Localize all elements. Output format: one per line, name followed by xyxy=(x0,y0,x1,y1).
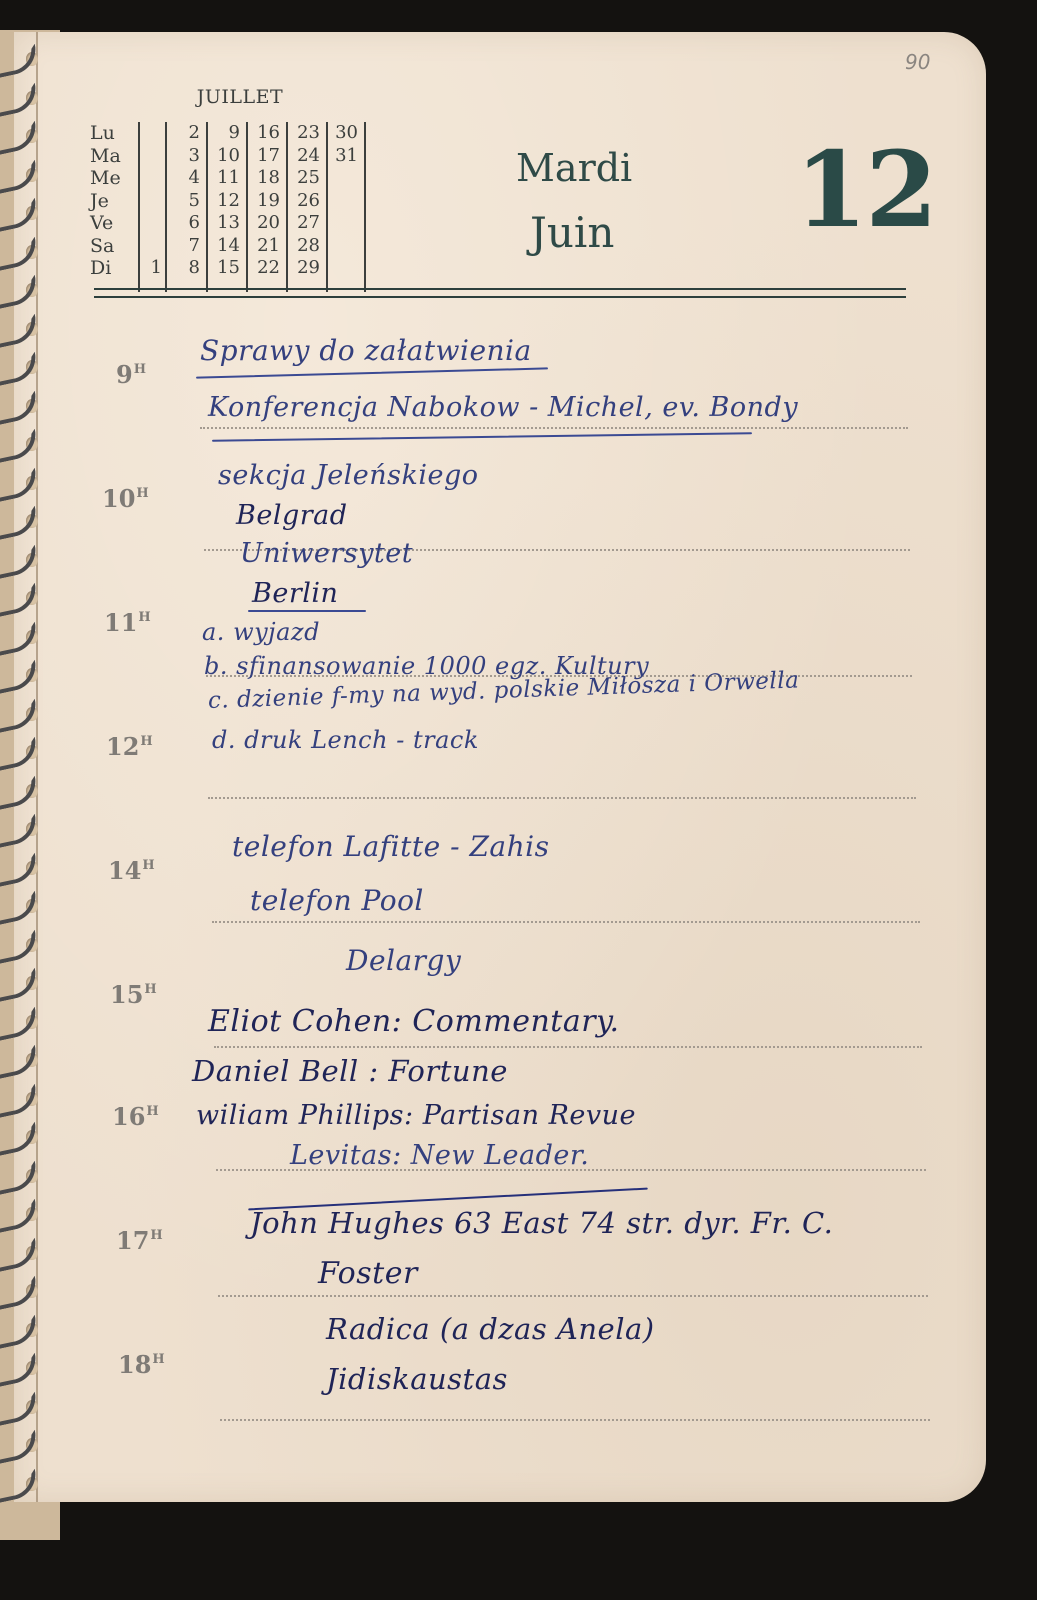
calendar-day: 20 xyxy=(248,212,280,235)
calendar-day: 4 xyxy=(168,167,200,190)
handwritten-note: Levitas: New Leader. xyxy=(290,1140,589,1171)
calendar-day: 12 xyxy=(208,190,240,213)
hour-label-9: 9H xyxy=(116,360,146,389)
calendar-day: 7 xyxy=(168,235,200,258)
hour-label-16: 16H xyxy=(112,1102,159,1131)
hour-label-17: 17H xyxy=(116,1226,163,1255)
calendar-week-col: 30 31 xyxy=(326,122,364,167)
calendar-week-col: 23 24 25 26 27 28 29 xyxy=(288,122,326,280)
hour-label-15: 15H xyxy=(110,980,157,1009)
hour-label-18: 18H xyxy=(118,1350,165,1379)
calendar-day: 6 xyxy=(168,212,200,235)
handwritten-note: telefon Pool xyxy=(250,884,424,917)
handwritten-note: Daniel Bell : Fortune xyxy=(192,1054,508,1088)
calendar-week-col: 9 10 11 12 13 14 15 xyxy=(208,122,246,280)
calendar-day: 16 xyxy=(248,122,280,145)
calendar-day: 19 xyxy=(248,190,280,213)
calendar-day: 14 xyxy=(208,235,240,258)
calendar-day: 23 xyxy=(288,122,320,145)
ruled-line xyxy=(214,1046,922,1048)
spiral-binding xyxy=(0,40,50,1500)
weekday-heading: Mardi xyxy=(516,146,632,190)
handwritten-note: sekcja Jeleńskiego xyxy=(218,460,479,491)
handwritten-note: telefon Lafitte - Zahis xyxy=(232,830,549,863)
ruled-line xyxy=(220,1419,930,1421)
ruled-line xyxy=(212,921,920,923)
month-heading: Juin xyxy=(530,208,614,257)
weekday-label: Sa xyxy=(90,235,121,258)
ruled-line xyxy=(218,1295,928,1297)
handwritten-note: Berlin xyxy=(252,578,338,609)
underline xyxy=(248,610,366,612)
calendar-day: 31 xyxy=(326,145,358,168)
ruled-line xyxy=(208,797,916,799)
handwritten-note: wiliam Phillips: Partisan Revue xyxy=(196,1100,636,1131)
calendar-week-col: 1 xyxy=(130,122,168,280)
handwritten-note: Uniwersytet xyxy=(240,538,413,569)
handwritten-note: Jidiskaustas xyxy=(326,1362,508,1396)
handwritten-note: John Hughes 63 East 74 str. dyr. Fr. C. xyxy=(250,1206,833,1240)
calendar-day: 24 xyxy=(288,145,320,168)
calendar-divider xyxy=(364,122,366,292)
calendar-day: 25 xyxy=(288,167,320,190)
handwritten-note: Sprawy do załatwienia xyxy=(200,334,532,367)
weekday-label: Je xyxy=(90,190,121,213)
handwritten-note: Belgrad xyxy=(236,500,348,531)
weekday-label: Ma xyxy=(90,145,121,168)
calendar-day: 21 xyxy=(248,235,280,258)
folio-number: 90 xyxy=(905,50,930,74)
day-number: 12 xyxy=(795,128,936,251)
ruled-line xyxy=(200,427,908,429)
handwritten-note: Radica (a dzas Anela) xyxy=(326,1312,655,1346)
weekday-label: Di xyxy=(90,257,121,280)
mini-calendar-weekdays: Lu Ma Me Je Ve Sa Di xyxy=(90,122,121,280)
calendar-day: 10 xyxy=(208,145,240,168)
hour-label-10: 10H xyxy=(102,484,149,513)
calendar-day: 5 xyxy=(168,190,200,213)
calendar-day: 3 xyxy=(168,145,200,168)
handwritten-note: a. wyjazd xyxy=(202,618,320,646)
calendar-day: 17 xyxy=(248,145,280,168)
calendar-day: 30 xyxy=(326,122,358,145)
handwritten-note: Eliot Cohen: Commentary. xyxy=(208,1004,620,1039)
handwritten-note: d. druk Lench - track xyxy=(212,726,479,754)
calendar-day: 22 xyxy=(248,257,280,280)
calendar-week-col: 2 3 4 5 6 7 8 xyxy=(168,122,206,280)
calendar-day: 11 xyxy=(208,167,240,190)
calendar-day: 26 xyxy=(288,190,320,213)
calendar-week-col: 16 17 18 19 20 21 22 xyxy=(248,122,286,280)
mini-calendar-month: JUILLET xyxy=(180,86,300,108)
hour-label-14: 14H xyxy=(108,856,155,885)
calendar-day: 27 xyxy=(288,212,320,235)
calendar-day: 8 xyxy=(168,257,200,280)
handwritten-note: Konferencja Nabokow - Michel, ev. Bondy xyxy=(208,392,798,423)
header-rule xyxy=(94,288,906,290)
calendar-day: 29 xyxy=(288,257,320,280)
weekday-label: Ve xyxy=(90,212,121,235)
weekday-label: Lu xyxy=(90,122,121,145)
hour-label-11: 11H xyxy=(104,608,151,637)
weekday-label: Me xyxy=(90,167,121,190)
calendar-day: 13 xyxy=(208,212,240,235)
handwritten-note: Foster xyxy=(318,1256,418,1291)
header-rule xyxy=(94,296,906,298)
calendar-day: 1 xyxy=(130,257,162,280)
calendar-day: 15 xyxy=(208,257,240,280)
hour-label-12: 12H xyxy=(106,732,153,761)
handwritten-note: Delargy xyxy=(346,944,461,977)
calendar-day: 9 xyxy=(208,122,240,145)
calendar-day: 2 xyxy=(168,122,200,145)
calendar-day: 28 xyxy=(288,235,320,258)
calendar-day: 18 xyxy=(248,167,280,190)
